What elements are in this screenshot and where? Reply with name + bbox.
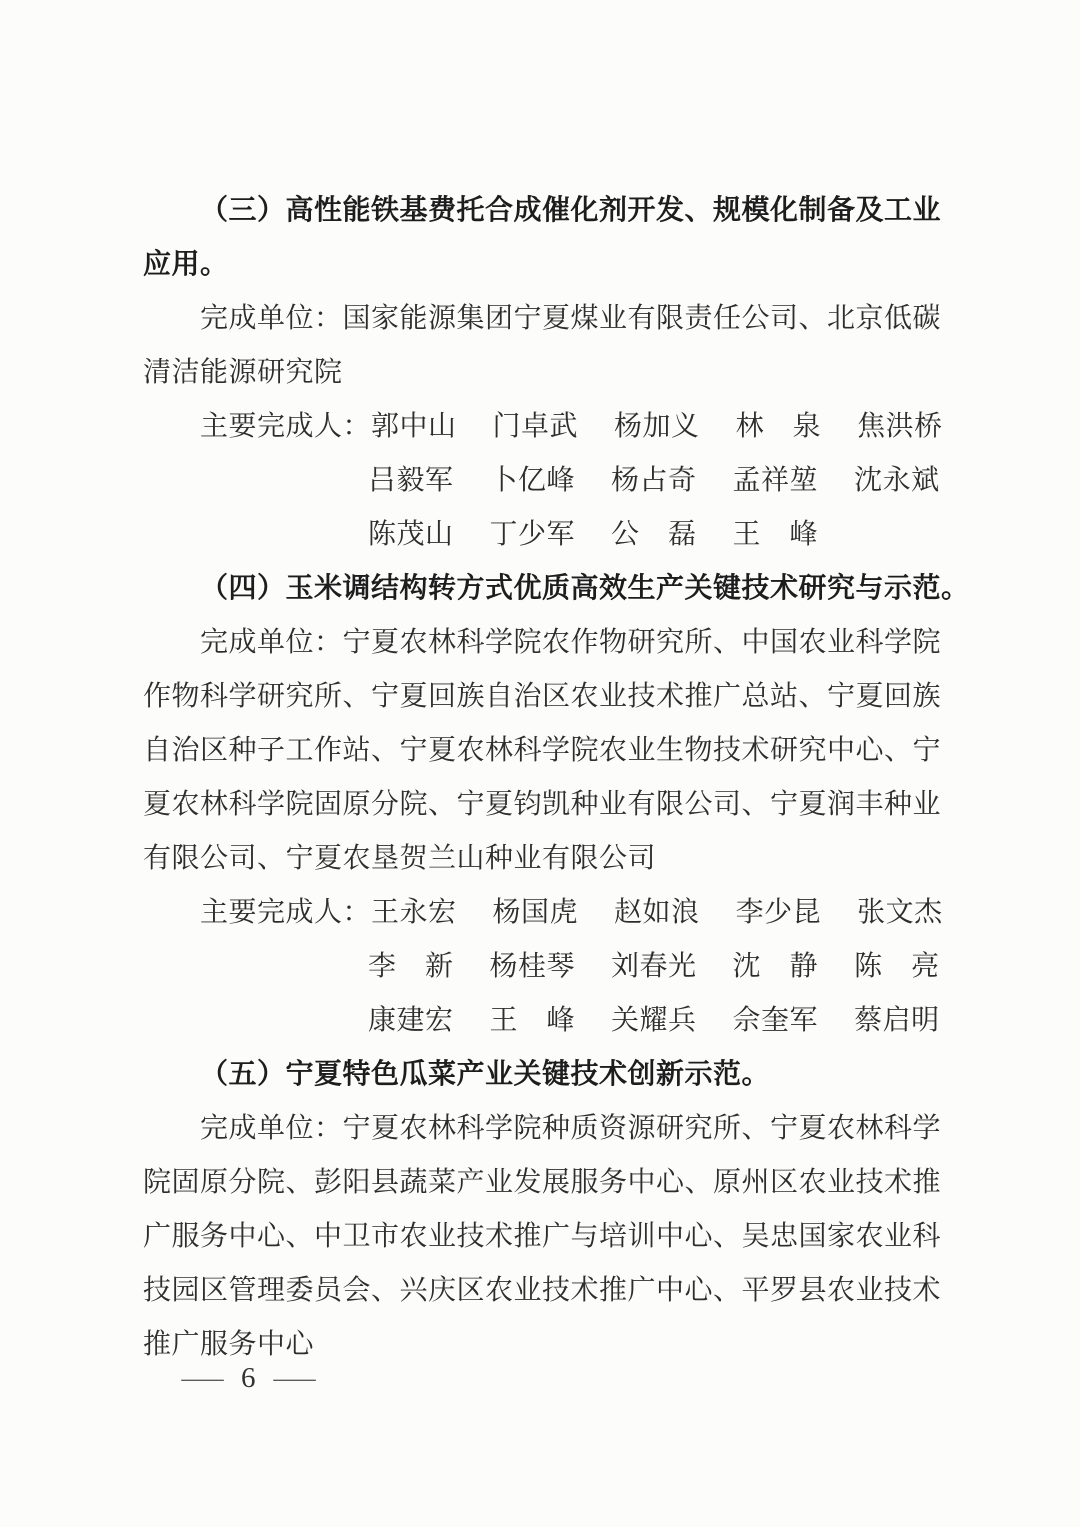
section-heading-line: （五）宁夏特色瓜菜产业关键技术创新示范。 (143, 1048, 949, 1102)
person-name: 王 峰 (490, 994, 576, 1048)
people-row: 李 新 杨桂琴 刘春光 沈 静 陈 亮 (143, 940, 949, 994)
person-name: 杨桂琴 (490, 940, 576, 994)
person-name: 陈茂山 (368, 508, 454, 562)
person-name: 孟祥堃 (733, 454, 819, 508)
person-name: 沈永斌 (854, 454, 940, 508)
person-name: 杨加义 (614, 400, 700, 454)
person-name: 门卓武 (493, 400, 579, 454)
person-name: 杨占奇 (611, 454, 697, 508)
unit-line: 完成单位：宁夏农林科学院种质资源研究所、宁夏农林科学 (143, 1102, 949, 1156)
section-5: （五）宁夏特色瓜菜产业关键技术创新示范。 完成单位：宁夏农林科学院种质资源研究所… (143, 1048, 949, 1372)
unit-line: 作物科学研究所、宁夏回族自治区农业技术推广总站、宁夏回族 (143, 670, 949, 724)
people-names: 陈茂山 丁少军 公 磊 王 峰 (368, 508, 818, 562)
unit-line: 技园区管理委员会、兴庆区农业技术推广中心、平罗县农业技术 (143, 1264, 949, 1318)
people-names: 李 新 杨桂琴 刘春光 沈 静 陈 亮 (368, 940, 940, 994)
unit-line: 夏农林科学院固原分院、宁夏钧凯种业有限公司、宁夏润丰种业 (143, 778, 949, 832)
people-row: 吕毅军 卜亿峰 杨占奇 孟祥堃 沈永斌 (143, 454, 949, 508)
footer-dash-right: — (273, 1362, 315, 1395)
document-page: （三）高性能铁基费托合成催化剂开发、规模化制备及工业 应用。 完成单位：国家能源… (0, 0, 1080, 1527)
section-heading-line: （四）玉米调结构转方式优质高效生产关键技术研究与示范。 (143, 562, 949, 616)
person-name: 刘春光 (611, 940, 697, 994)
page-number: 6 (241, 1362, 256, 1395)
people-names: 吕毅军 卜亿峰 杨占奇 孟祥堃 沈永斌 (368, 454, 940, 508)
unit-line: 有限公司、宁夏农垦贺兰山种业有限公司 (143, 832, 949, 886)
unit-line: 完成单位：宁夏农林科学院农作物研究所、中国农业科学院 (143, 616, 949, 670)
people-row: 主要完成人： 王永宏 杨国虎 赵如浪 李少昆 张文杰 (143, 886, 949, 940)
people-label: 主要完成人： (200, 886, 371, 940)
section-heading-line: （三）高性能铁基费托合成催化剂开发、规模化制备及工业 (143, 184, 949, 238)
person-name: 赵如浪 (614, 886, 700, 940)
person-name: 李少昆 (736, 886, 822, 940)
person-name: 蔡启明 (854, 994, 940, 1048)
unit-line: 完成单位：国家能源集团宁夏煤业有限责任公司、北京低碳 (143, 292, 949, 346)
person-name: 关耀兵 (611, 994, 697, 1048)
people-names: 郭中山 门卓武 杨加义 林 泉 焦洪桥 (371, 400, 943, 454)
person-name: 沈 静 (733, 940, 819, 994)
people-names: 康建宏 王 峰 关耀兵 佘奎军 蔡启明 (368, 994, 940, 1048)
page-footer: — 6 — (188, 1362, 309, 1395)
person-name: 焦洪桥 (857, 400, 943, 454)
unit-line: 清洁能源研究院 (143, 346, 949, 400)
people-row: 康建宏 王 峰 关耀兵 佘奎军 蔡启明 (143, 994, 949, 1048)
section-heading-line: 应用。 (143, 238, 949, 292)
person-name: 张文杰 (857, 886, 943, 940)
person-name: 公 磊 (611, 508, 697, 562)
person-name: 王 峰 (733, 508, 819, 562)
footer-dash-left: — (181, 1362, 223, 1395)
person-name: 丁少军 (490, 508, 576, 562)
unit-line: 自治区种子工作站、宁夏农林科学院农业生物技术研究中心、宁 (143, 724, 949, 778)
person-name: 李 新 (368, 940, 454, 994)
person-name: 郭中山 (371, 400, 457, 454)
unit-line: 广服务中心、中卫市农业技术推广与培训中心、吴忠国家农业科 (143, 1210, 949, 1264)
person-name: 杨国虎 (493, 886, 579, 940)
person-name: 林 泉 (736, 400, 822, 454)
section-3: （三）高性能铁基费托合成催化剂开发、规模化制备及工业 应用。 完成单位：国家能源… (143, 184, 949, 562)
person-name: 陈 亮 (854, 940, 940, 994)
people-names: 王永宏 杨国虎 赵如浪 李少昆 张文杰 (371, 886, 943, 940)
people-row: 主要完成人： 郭中山 门卓武 杨加义 林 泉 焦洪桥 (143, 400, 949, 454)
people-row: 陈茂山 丁少军 公 磊 王 峰 (143, 508, 949, 562)
section-4: （四）玉米调结构转方式优质高效生产关键技术研究与示范。 完成单位：宁夏农林科学院… (143, 562, 949, 1048)
unit-line: 院固原分院、彭阳县蔬菜产业发展服务中心、原州区农业技术推 (143, 1156, 949, 1210)
person-name: 王永宏 (371, 886, 457, 940)
person-name: 佘奎军 (733, 994, 819, 1048)
person-name: 吕毅军 (368, 454, 454, 508)
people-label: 主要完成人： (200, 400, 371, 454)
person-name: 康建宏 (368, 994, 454, 1048)
person-name: 卜亿峰 (490, 454, 576, 508)
document-body: （三）高性能铁基费托合成催化剂开发、规模化制备及工业 应用。 完成单位：国家能源… (143, 184, 949, 1372)
